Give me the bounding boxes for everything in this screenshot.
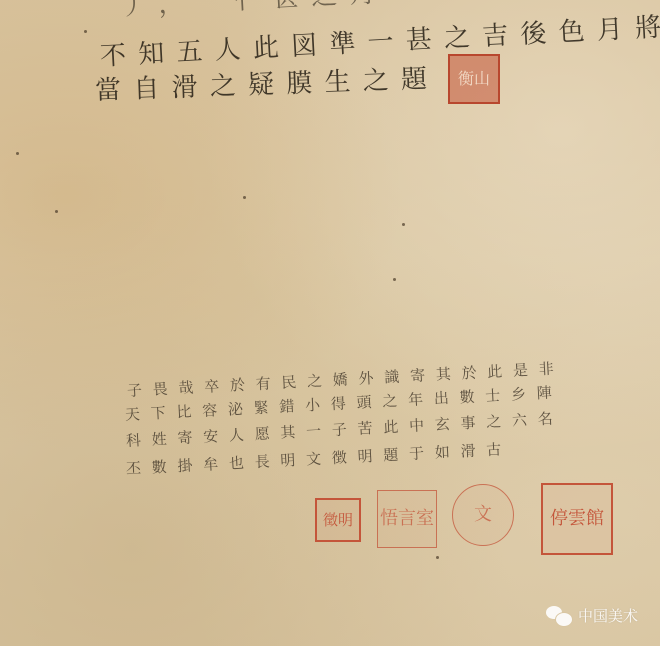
watermark: 中国美术 — [546, 605, 638, 626]
seal-square-large: 停雲館 — [541, 483, 613, 555]
paper-speck — [55, 210, 58, 213]
seal-square-faint: 悟言室 — [377, 490, 437, 548]
paper-speck — [393, 278, 396, 281]
seal-top: 衡山 — [448, 54, 500, 104]
paper-speck — [243, 196, 246, 199]
paper-speck — [16, 152, 19, 155]
wechat-icon — [546, 606, 572, 626]
watermark-text: 中国美术 — [578, 605, 638, 626]
seal-round: 文 — [452, 484, 514, 546]
paper-speck — [436, 556, 439, 559]
paper-speck — [84, 30, 87, 33]
seal-square-small: 徵明 — [315, 498, 361, 542]
paper-speck — [402, 223, 405, 226]
